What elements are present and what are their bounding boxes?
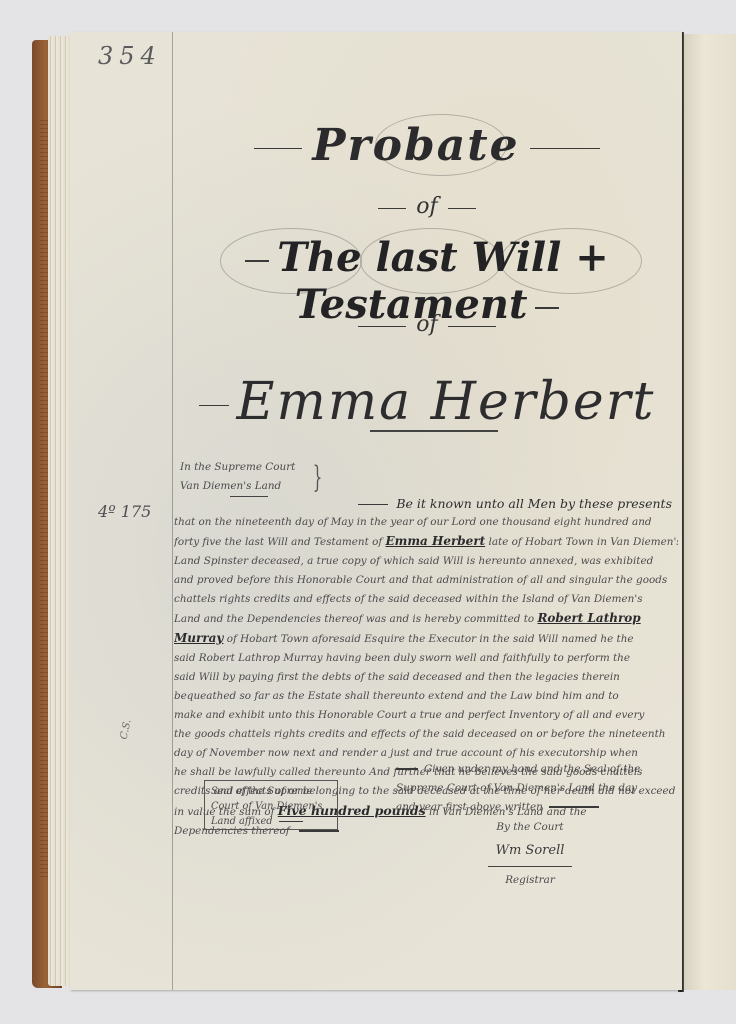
body-line: said Robert Lathrop Murray having been d…: [174, 649, 678, 668]
court-heading-line: In the Supreme Court: [180, 458, 330, 477]
body-line: and proved before this Honorable Court a…: [174, 571, 678, 590]
body-line: the goods chattels rights credits and ef…: [174, 725, 678, 744]
margin-rule: [172, 32, 173, 990]
lead-rule: [358, 504, 388, 506]
flourish-ornament: [220, 228, 362, 294]
signature-rule: [488, 866, 572, 867]
title-of-1-text: of: [416, 194, 437, 219]
brace-mark: }: [313, 460, 323, 495]
testator-name-text: Emma Herbert: [237, 372, 656, 432]
registrar-signature: Wm Sorell: [450, 841, 610, 860]
page-number: 354: [98, 42, 162, 70]
attest-end-rule: [549, 806, 599, 808]
ledger-page: 354 4º 175 C.S. Probate of The last Will…: [70, 32, 682, 990]
seal-note-line: Court of Van Diemen's: [211, 799, 331, 814]
body-line: said Will by paying first the debts of t…: [174, 668, 678, 687]
folio-number: 4º 175: [98, 502, 151, 521]
testator-name-title: Emma Herbert: [172, 372, 682, 432]
attestation-line: and year first above written: [396, 798, 666, 817]
title-of-2-text: of: [416, 312, 437, 337]
of-rule-left: [378, 208, 406, 210]
seal-note-line: Seal of the Supreme: [211, 784, 331, 799]
executor-surname-inline: Murray: [174, 631, 223, 645]
will-rule-right: [535, 307, 559, 309]
body-lead-text: Be it known unto all Men by these presen…: [396, 496, 672, 511]
margin-mark: C.S.: [119, 718, 134, 740]
body-line: Land and the Dependencies thereof was an…: [174, 609, 678, 629]
attestation-text: Given under my hand and the Seal of the: [424, 763, 640, 775]
attestation-text: and year first above written: [396, 801, 543, 813]
attestation-line: Supreme Court of Van Diemen's Land the d…: [396, 779, 666, 798]
body-line-text: Land and the Dependencies thereof was an…: [174, 613, 534, 625]
body-line-text: forty five the last Will and Testament o…: [174, 536, 382, 548]
flourish-ornament: [500, 228, 642, 294]
flourish-ornament: [360, 228, 502, 294]
title-of-2: of: [172, 312, 682, 337]
name-underline: [370, 430, 498, 432]
seal-note-text: Land affixed: [211, 816, 273, 827]
body-line-text: late of Hobart Town in Van Diemen's: [489, 536, 679, 548]
executor-name-inline: Robert Lathrop: [537, 611, 640, 625]
seal-note-line: Land affixed: [211, 814, 331, 829]
seal-note-box: Seal of the Supreme Court of Van Diemen'…: [204, 780, 338, 830]
testator-name-inline: Emma Herbert: [386, 534, 486, 548]
court-heading: In the Supreme Court Van Diemen's Land: [180, 458, 330, 496]
body-line: bequeathed so far as the Estate shall th…: [174, 687, 678, 706]
body-line: Land Spinster deceased, a true copy of w…: [174, 552, 678, 571]
attest-rule: [396, 768, 418, 770]
body-line: chattels rights credits and effects of t…: [174, 590, 678, 609]
attestation: Given under my hand and the Seal of the …: [396, 760, 666, 817]
title-rule-left: [254, 148, 302, 150]
title-of-1: of: [172, 194, 682, 219]
facing-page: [684, 34, 736, 990]
seal-rule: [279, 821, 303, 822]
by-the-court: By the Court: [450, 818, 610, 837]
body-line: make and exhibit unto this Honorable Cou…: [174, 706, 678, 725]
of-rule-left: [358, 326, 406, 328]
attestation-line: Given under my hand and the Seal of the: [396, 760, 666, 779]
of-rule-right: [448, 326, 496, 328]
body-line-text: of Hobart Town aforesaid Esquire the Exe…: [227, 633, 634, 645]
body-line: forty five the last Will and Testament o…: [174, 532, 678, 552]
signature-block: By the Court Wm Sorell Registrar: [450, 818, 610, 890]
name-rule-left: [199, 405, 229, 407]
flourish-ornament: [375, 114, 507, 176]
registrar-title: Registrar: [450, 871, 610, 890]
title-rule-right: [530, 148, 600, 150]
of-rule-right: [448, 208, 476, 210]
body-lead: Be it known unto all Men by these presen…: [174, 494, 678, 513]
body-line: that on the nineteenth day of May in the…: [174, 513, 678, 532]
body-line: Murray of Hobart Town aforesaid Esquire …: [174, 629, 678, 649]
closing-rule: [299, 830, 339, 832]
